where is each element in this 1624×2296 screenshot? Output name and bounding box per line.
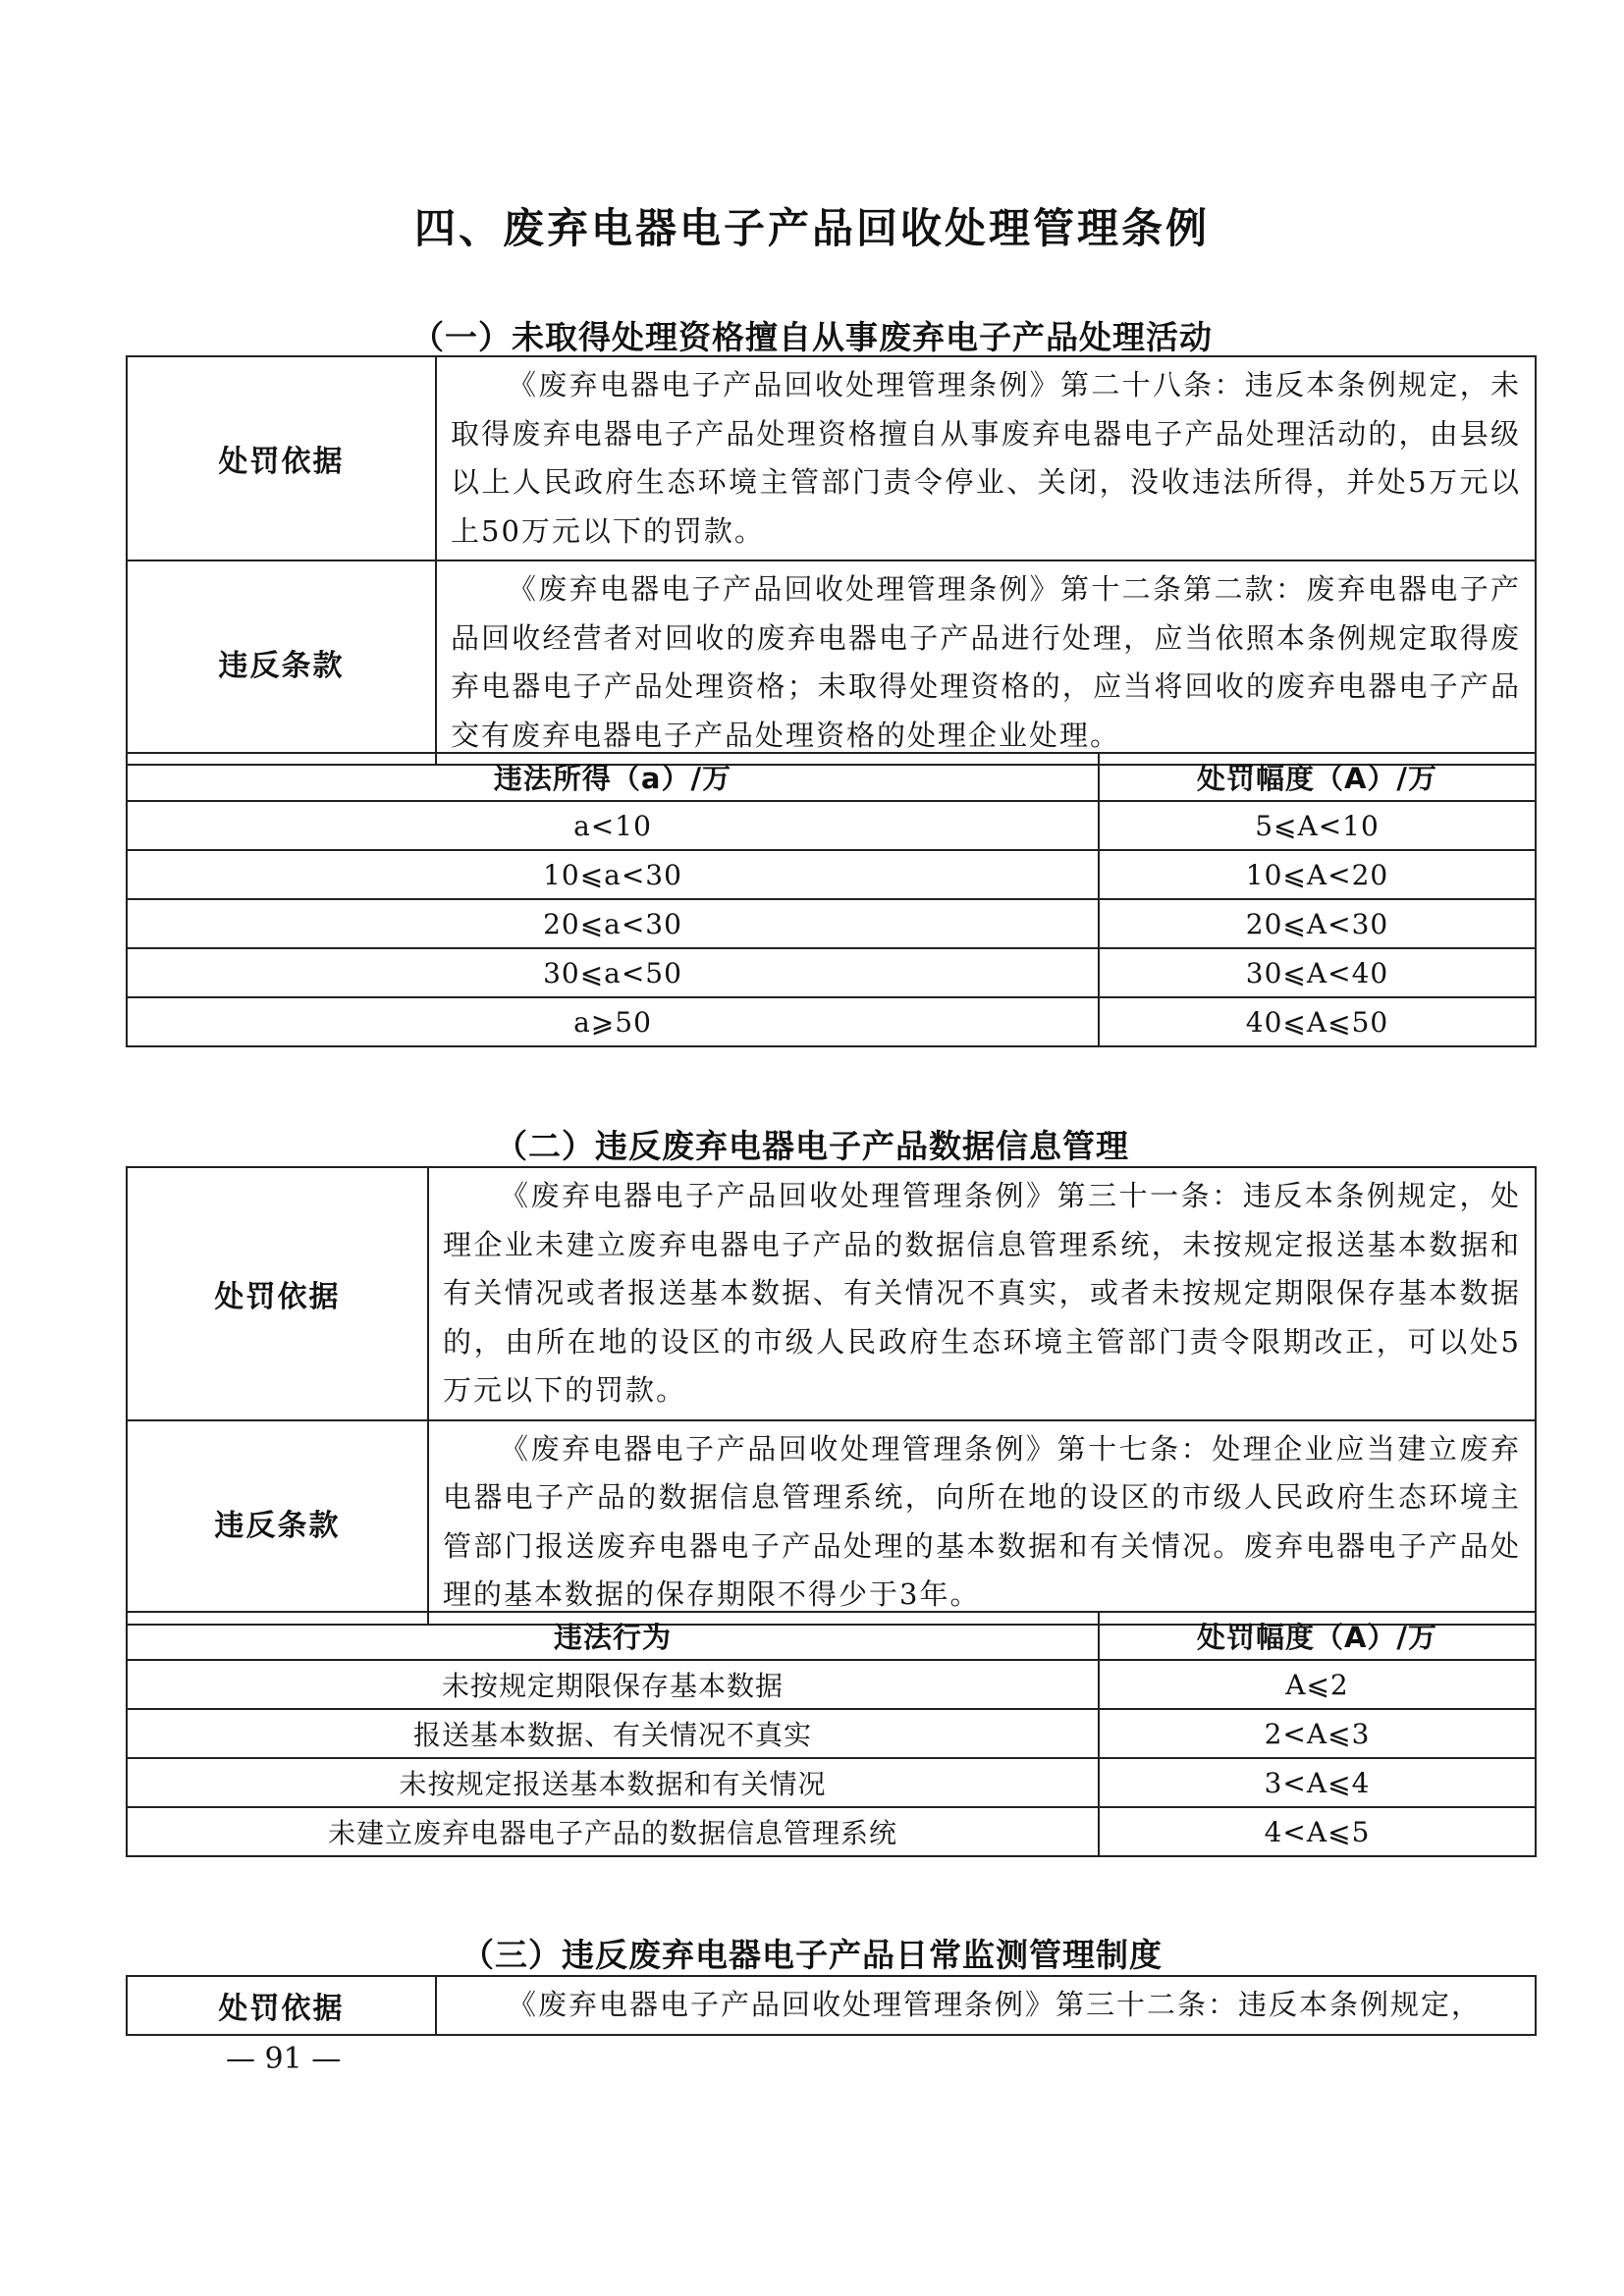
illegal-income-cell: 10⩽a<30: [127, 850, 1099, 899]
section-2-legal-table: 处罚依据 《废弃电器电子产品回收处理管理条例》第三十一条：违反本条例规定，处理企…: [126, 1166, 1537, 1626]
illegal-income-cell: 30⩽a<50: [127, 948, 1099, 997]
penalty-range-cell: 40⩽A⩽50: [1099, 997, 1536, 1046]
column-header: 处罚幅度（A）/万: [1099, 1612, 1536, 1660]
section-3-legal-table: 处罚依据 《废弃电器电子产品回收处理管理条例》第三十二条：违反本条例规定，: [126, 1975, 1537, 2036]
table-row: 20⩽a<3020⩽A<30: [127, 899, 1536, 948]
document-title: 四、废弃电器电子产品回收处理管理条例: [0, 196, 1624, 255]
penalty-range-cell: 3<A⩽4: [1099, 1758, 1536, 1807]
penalty-range-cell: 10⩽A<20: [1099, 850, 1536, 899]
column-header: 处罚幅度（A）/万: [1099, 753, 1536, 801]
table-row: 未建立废弃电器电子产品的数据信息管理系统4<A⩽5: [127, 1807, 1536, 1856]
violation-behavior-cell: 未建立废弃电器电子产品的数据信息管理系统: [127, 1807, 1099, 1856]
penalty-range-cell: 5⩽A<10: [1099, 801, 1536, 850]
basis-text: 《废弃电器电子产品回收处理管理条例》第三十一条：违反本条例规定，处理企业未建立废…: [428, 1167, 1536, 1420]
penalty-range-cell: 20⩽A<30: [1099, 899, 1536, 948]
basis-text: 《废弃电器电子产品回收处理管理条例》第三十二条：违反本条例规定，: [436, 1976, 1536, 2035]
table-row: 未按规定报送基本数据和有关情况3<A⩽4: [127, 1758, 1536, 1807]
violation-behavior-cell: 未按规定报送基本数据和有关情况: [127, 1758, 1099, 1807]
table-row: a⩾5040⩽A⩽50: [127, 997, 1536, 1046]
table-row: 未按规定期限保存基本数据A⩽2: [127, 1660, 1536, 1709]
illegal-income-cell: 20⩽a<30: [127, 899, 1099, 948]
violation-label: 违反条款: [127, 561, 436, 765]
illegal-income-cell: a<10: [127, 801, 1099, 850]
violation-text: 《废弃电器电子产品回收处理管理条例》第十七条：处理企业应当建立废弃电器电子产品的…: [428, 1420, 1536, 1625]
table-row: a<105⩽A<10: [127, 801, 1536, 850]
table-row: 30⩽a<5030⩽A<40: [127, 948, 1536, 997]
violation-label: 违反条款: [127, 1420, 428, 1625]
basis-label: 处罚依据: [127, 356, 436, 561]
section-1-penalty-table: 违法所得（a）/万 处罚幅度（A）/万 a<105⩽A<10 10⩽a<3010…: [126, 752, 1537, 1047]
violation-text: 《废弃电器电子产品回收处理管理条例》第十二条第二款：废弃电器电子产品回收经营者对…: [436, 561, 1536, 765]
column-header: 违法所得（a）/万: [127, 753, 1099, 801]
section-1-heading: （一）未取得处理资格擅自从事废弃电子产品处理活动: [0, 312, 1624, 358]
section-1-legal-table: 处罚依据 《废弃电器电子产品回收处理管理条例》第二十八条：违反本条例规定，未取得…: [126, 355, 1537, 766]
page-number: — 91 —: [226, 2042, 341, 2076]
section-2-penalty-table: 违法行为 处罚幅度（A）/万 未按规定期限保存基本数据A⩽2 报送基本数据、有关…: [126, 1611, 1537, 1857]
basis-label: 处罚依据: [127, 1976, 436, 2035]
table-row: 10⩽a<3010⩽A<20: [127, 850, 1536, 899]
column-header: 违法行为: [127, 1612, 1099, 1660]
basis-label: 处罚依据: [127, 1167, 428, 1420]
violation-behavior-cell: 未按规定期限保存基本数据: [127, 1660, 1099, 1709]
violation-behavior-cell: 报送基本数据、有关情况不真实: [127, 1709, 1099, 1758]
section-2-heading: （二）违反废弃电器电子产品数据信息管理: [0, 1121, 1624, 1167]
penalty-range-cell: 2<A⩽3: [1099, 1709, 1536, 1758]
table-row: 报送基本数据、有关情况不真实2<A⩽3: [127, 1709, 1536, 1758]
basis-text: 《废弃电器电子产品回收处理管理条例》第二十八条：违反本条例规定，未取得废弃电器电…: [436, 356, 1536, 561]
section-3-heading: （三）违反废弃电器电子产品日常监测管理制度: [0, 1930, 1624, 1976]
illegal-income-cell: a⩾50: [127, 997, 1099, 1046]
penalty-range-cell: 4<A⩽5: [1099, 1807, 1536, 1856]
penalty-range-cell: A⩽2: [1099, 1660, 1536, 1709]
penalty-range-cell: 30⩽A<40: [1099, 948, 1536, 997]
